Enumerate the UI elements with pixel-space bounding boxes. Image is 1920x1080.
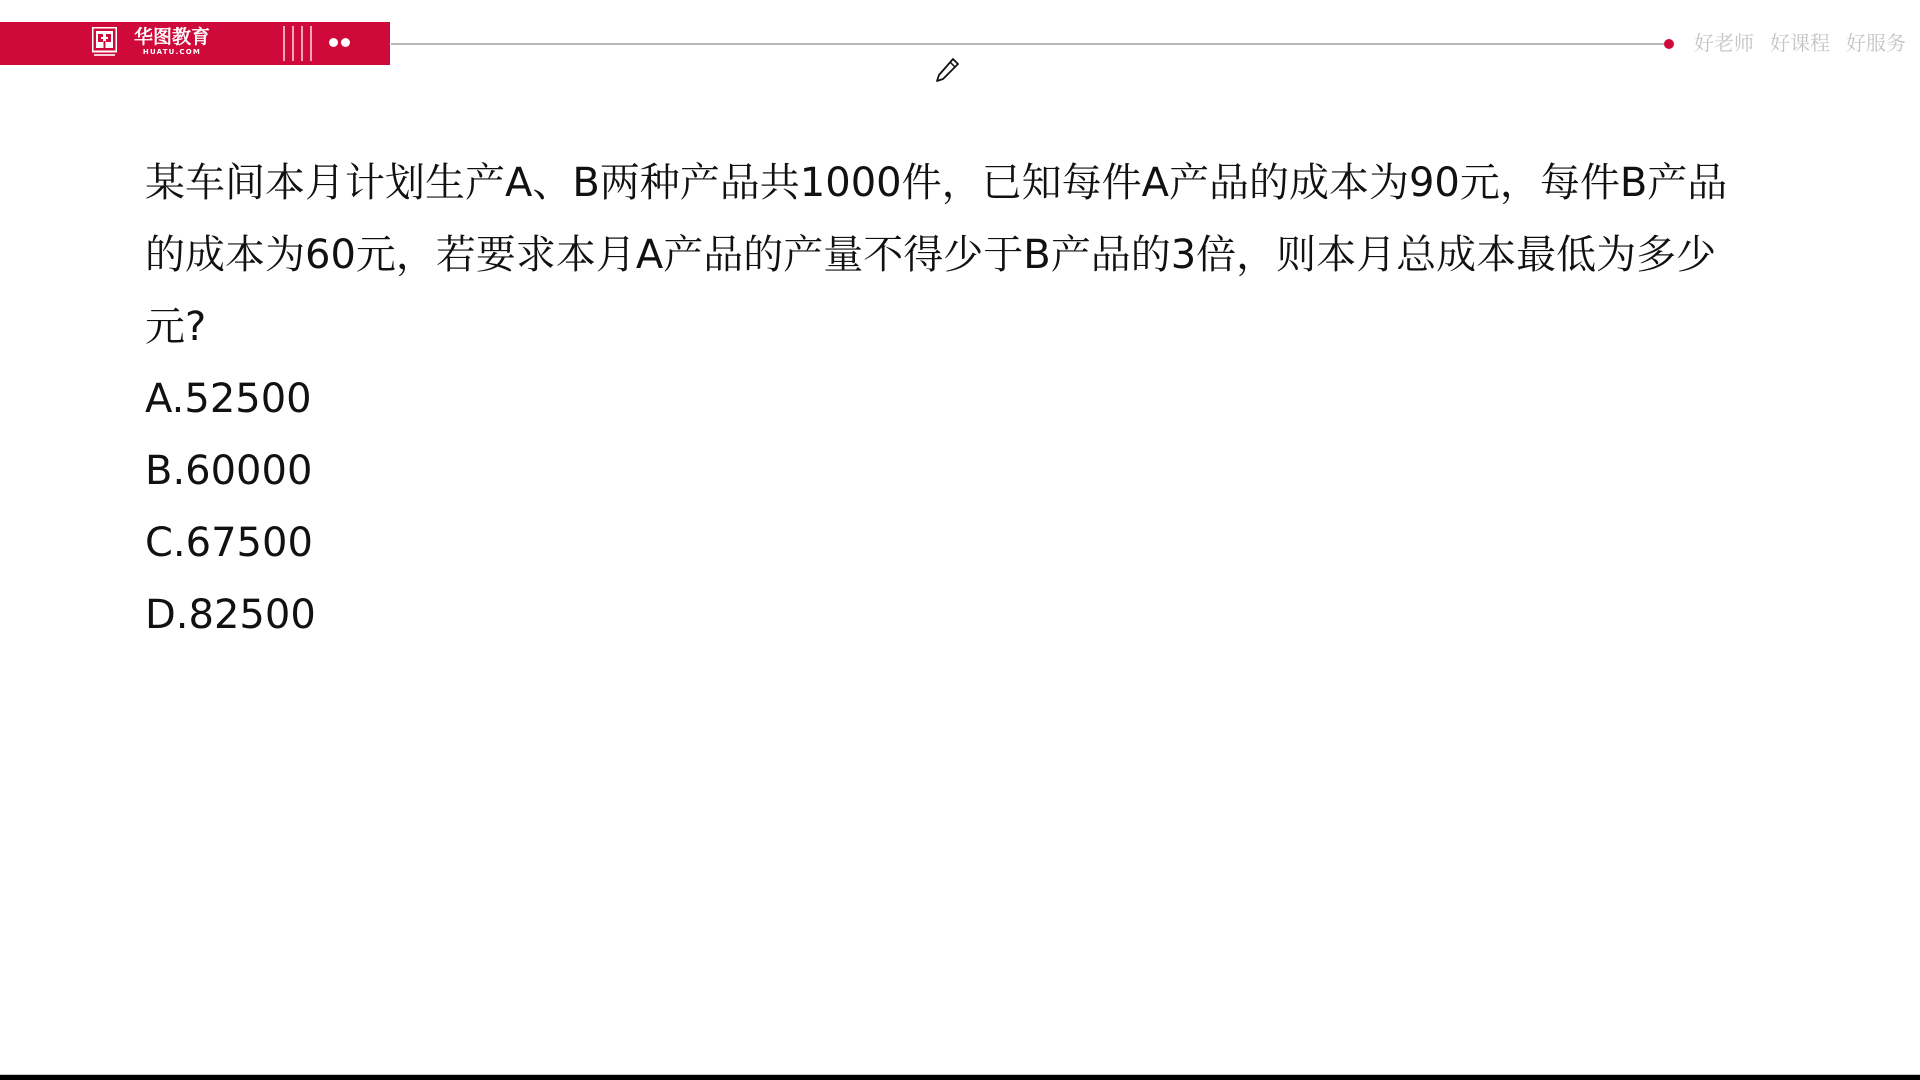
option-a[interactable]: A.52500 (145, 363, 1745, 435)
decorative-stripe (292, 26, 294, 61)
option-b[interactable]: B.60000 (145, 435, 1745, 507)
brand-bar: 华图教育 HUATU.COM (0, 22, 390, 65)
answer-options: A.52500 B.60000 C.67500 D.82500 (145, 363, 1745, 651)
brand-name-cn: 华图教育 (124, 27, 220, 48)
decorative-stripe (301, 26, 303, 61)
slogan-good-course: 好课程 (1770, 30, 1830, 56)
pencil-icon (933, 56, 961, 84)
brand-logo: 华图教育 HUATU.COM (124, 27, 220, 57)
brand-name-en: HUATU.COM (124, 48, 220, 57)
dot-icon (329, 38, 338, 47)
decorative-stripe (310, 26, 312, 61)
huatu-logo-icon (92, 27, 117, 58)
slogan-good-service: 好服务 (1846, 30, 1906, 56)
option-c[interactable]: C.67500 (145, 507, 1745, 579)
header-rule (391, 43, 1668, 45)
rule-end-dot (1664, 39, 1674, 49)
bottom-bar (0, 1074, 1920, 1080)
option-d[interactable]: D.82500 (145, 579, 1745, 651)
decorative-stripe (283, 26, 285, 61)
decorative-dots (329, 38, 350, 47)
dot-icon (341, 38, 350, 47)
question-panel: 某车间本月计划生产A、B两种产品共1000件，已知每件A产品的成本为90元，每件… (145, 147, 1745, 651)
slogan-good-teacher: 好老师 (1694, 30, 1754, 56)
slogans: 好老师 好课程 好服务 (1694, 30, 1906, 56)
question-stem: 某车间本月计划生产A、B两种产品共1000件，已知每件A产品的成本为90元，每件… (145, 147, 1735, 363)
